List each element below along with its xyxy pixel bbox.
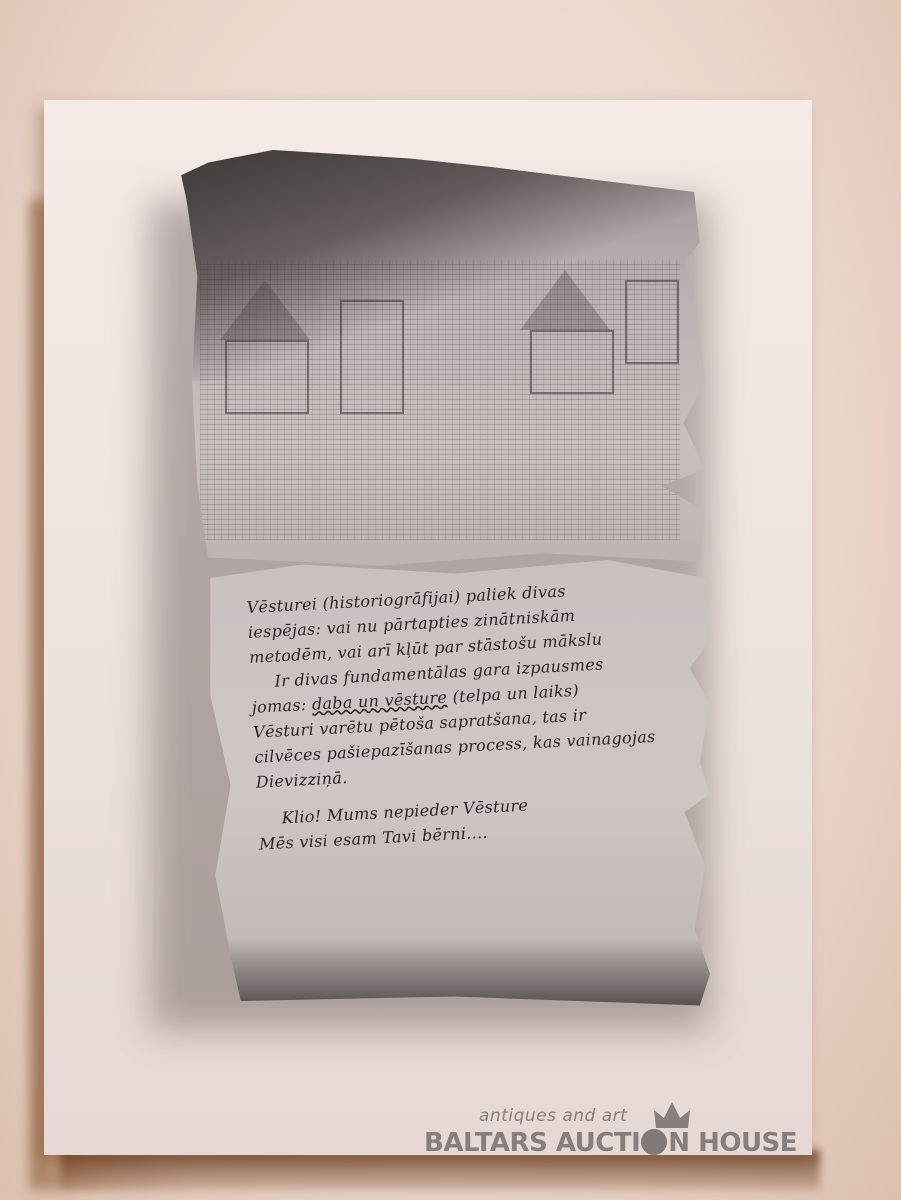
- watermark-brand: BALTARS AUCTIN HOUSE: [424, 1128, 797, 1158]
- scroll-top-sheet: [165, 150, 705, 570]
- auction-house-watermark: antiques and art BALTARS AUCTIN HOUSE: [424, 1100, 824, 1170]
- watermark-brand-part2: N HOUSE: [668, 1128, 797, 1158]
- house-roof: [520, 270, 610, 330]
- house: [340, 300, 404, 414]
- town-sketch-illustration: [200, 260, 680, 540]
- watermark-globe-o: [641, 1129, 667, 1155]
- house: [530, 330, 614, 394]
- handwritten-text: Vēsturei (historiogrāfijai) paliek divas…: [246, 571, 719, 857]
- handwriting-fragment: jomas:: [251, 695, 307, 717]
- house-roof: [220, 280, 310, 340]
- house: [625, 280, 679, 364]
- watermark-tagline: antiques and art: [479, 1106, 627, 1126]
- house: [225, 340, 309, 414]
- crown-icon: [652, 1102, 692, 1130]
- handwriting-fragment: (telpa un laiks): [452, 681, 579, 707]
- watermark-brand-part1: BALTARS AUCTI: [424, 1128, 640, 1158]
